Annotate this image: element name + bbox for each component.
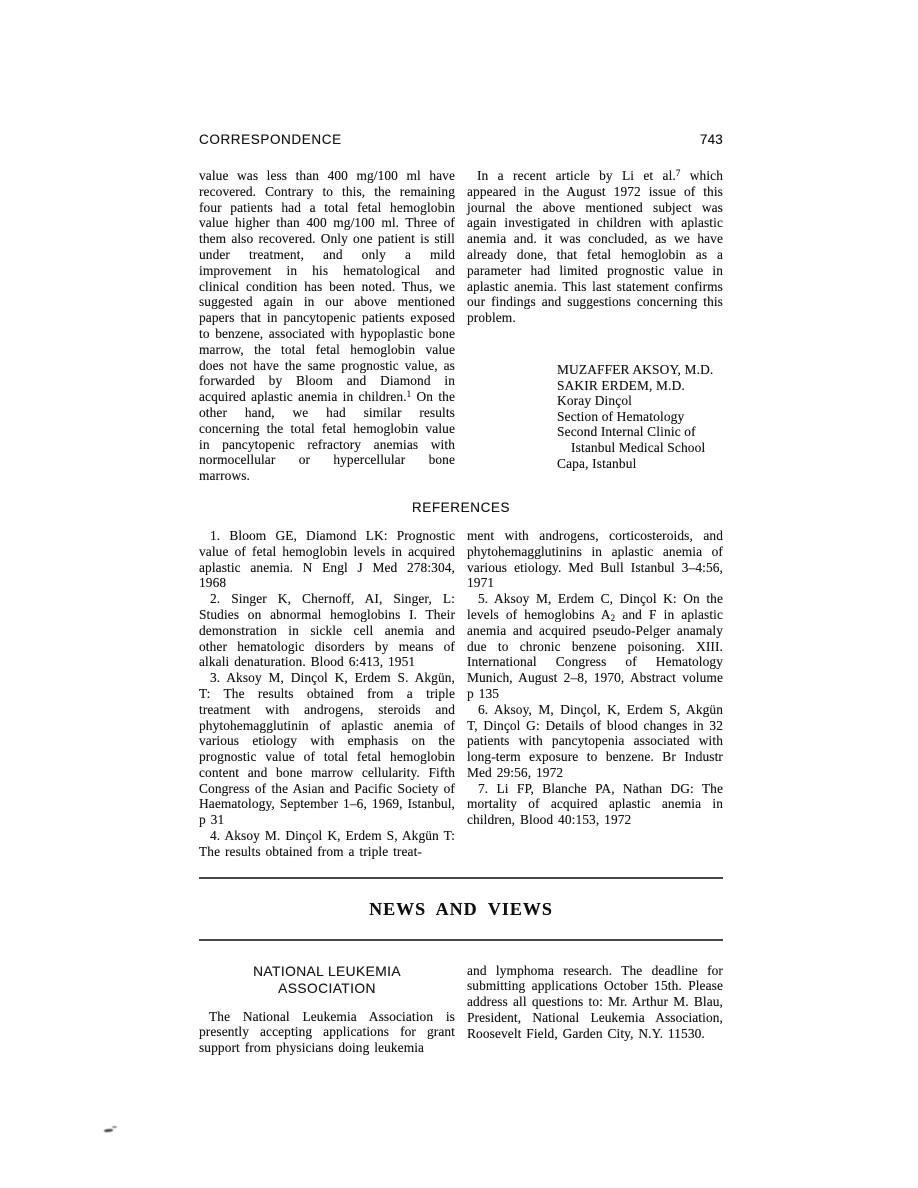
reference-item-4: 4. Aksoy M. Dinçol K, Erdem S, Akgün T: …	[199, 828, 455, 860]
article-title-line-2: ASSOCIATION	[199, 980, 455, 997]
page-number: 743	[700, 132, 723, 147]
signature-line: MUZAFFER AKSOY, M.D.	[557, 362, 723, 378]
reference-item-3: 3. Aksoy M, Dinçol K, Erdem S. Akgün, T:…	[199, 670, 455, 828]
article-right-column: and lymphoma research. The deadline for …	[467, 963, 723, 1056]
reference-item-7: 7. Li FP, Blanche PA, Nathan DG: The mor…	[467, 781, 723, 828]
references-left-column: 1. Bloom GE, Diamond LK: Prognostic valu…	[199, 528, 455, 860]
scan-artifact-mark	[104, 1126, 117, 1132]
page-content: CORRESPONDENCE 743 value was less than 4…	[199, 132, 723, 1056]
running-head: CORRESPONDENCE	[199, 132, 342, 147]
page-header: CORRESPONDENCE 743	[199, 132, 723, 147]
signature-block: MUZAFFER AKSOY, M.D. SAKIR ERDEM, M.D. K…	[467, 362, 723, 471]
news-and-views-heading: NEWS AND VIEWS	[199, 899, 723, 920]
correspondence-right-column: In a recent article by Li et al.7 which …	[467, 168, 723, 484]
reference-item-4-continued: ment with androgens, corticosteroids, an…	[467, 528, 723, 591]
reference-item-5: 5. Aksoy M, Erdem C, Dinçol K: On the le…	[467, 591, 723, 702]
article-title-line-1: NATIONAL LEUKEMIA	[199, 963, 455, 980]
article-left-paragraph: The National Leukemia Association is pre…	[199, 1009, 455, 1056]
signature-line: Capa, Istanbul	[557, 456, 723, 472]
reference-item-2: 2. Singer K, Chernoff, AI, Singer, L: St…	[199, 591, 455, 670]
reference-item-6: 6. Aksoy, M, Dinçol, K, Erdem S, Akgün T…	[467, 702, 723, 781]
signature-line: Second Internal Clinic of	[557, 424, 723, 440]
correspondence-left-column: value was less than 400 mg/100 ml have r…	[199, 168, 455, 484]
divider-rule-top	[199, 877, 723, 879]
references-heading: REFERENCES	[199, 500, 723, 515]
journal-page: CORRESPONDENCE 743 value was less than 4…	[0, 0, 918, 1188]
signature-line: Koray Dinçol	[557, 393, 723, 409]
signature-line: SAKIR ERDEM, M.D.	[557, 378, 723, 394]
correspondence-left-paragraph: value was less than 400 mg/100 ml have r…	[199, 168, 455, 484]
correspondence-right-paragraph: In a recent article by Li et al.7 which …	[467, 168, 723, 326]
article-title: NATIONAL LEUKEMIA ASSOCIATION	[199, 963, 455, 997]
article-left-column: NATIONAL LEUKEMIA ASSOCIATION The Nation…	[199, 963, 455, 1056]
reference-item-1: 1. Bloom GE, Diamond LK: Prognostic valu…	[199, 528, 455, 591]
references-columns: 1. Bloom GE, Diamond LK: Prognostic valu…	[199, 528, 723, 860]
references-right-column: ment with androgens, corticosteroids, an…	[467, 528, 723, 860]
correspondence-columns: value was less than 400 mg/100 ml have r…	[199, 168, 723, 484]
article-right-paragraph: and lymphoma research. The deadline for …	[467, 963, 723, 1042]
scan-speck	[112, 1126, 117, 1128]
signature-line: Section of Hematology	[557, 409, 723, 425]
article-columns: NATIONAL LEUKEMIA ASSOCIATION The Nation…	[199, 963, 723, 1056]
divider-rule-bottom	[199, 939, 723, 941]
scan-smudge	[104, 1129, 113, 1133]
signature-line: Istanbul Medical School	[557, 440, 723, 456]
